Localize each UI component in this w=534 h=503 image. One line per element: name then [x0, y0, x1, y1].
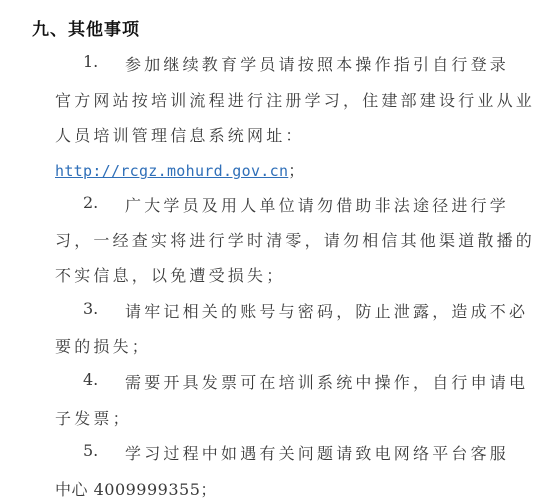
item-text-line: 参加继续教育学员请按照本操作指引自行登录: [125, 52, 509, 75]
item-number: 4.: [83, 370, 98, 389]
item-text-line: 官方网站按培训流程进行注册学习，住建部建设行业从业: [55, 88, 534, 111]
item-number: 5.: [83, 441, 98, 460]
item-text-line: 广大学员及用人单位请勿借助非法途径进行学: [125, 193, 509, 216]
item-text-line: 要的损失；: [55, 334, 151, 357]
item-number: 3.: [83, 299, 98, 318]
item-text-line: 学习过程中如遇有关问题请致电网络平台客服: [125, 441, 509, 464]
item-number: 1.: [83, 52, 98, 71]
section-heading: 九、其他事项: [32, 15, 140, 40]
item-text-line: 人员培训管理信息系统网址：: [55, 123, 305, 146]
website-link[interactable]: http://rcgz.mohurd.gov.cn: [55, 162, 288, 180]
item-text-line: 中心 4009999355；: [55, 477, 217, 500]
item-text-line: 不实信息，以免遭受损失；: [55, 263, 285, 286]
item-text-line: 需要开具发票可在培训系统中操作，自行申请电: [125, 370, 528, 393]
item-text-line: 子发票；: [55, 406, 132, 429]
link-suffix: ；: [288, 161, 304, 180]
item-text-line: 习，一经查实将进行学时清零，请勿相信其他渠道散播的: [55, 228, 534, 251]
item-number: 2.: [83, 193, 98, 212]
item-text-line: 请牢记相关的账号与密码，防止泄露，造成不必: [125, 299, 528, 322]
